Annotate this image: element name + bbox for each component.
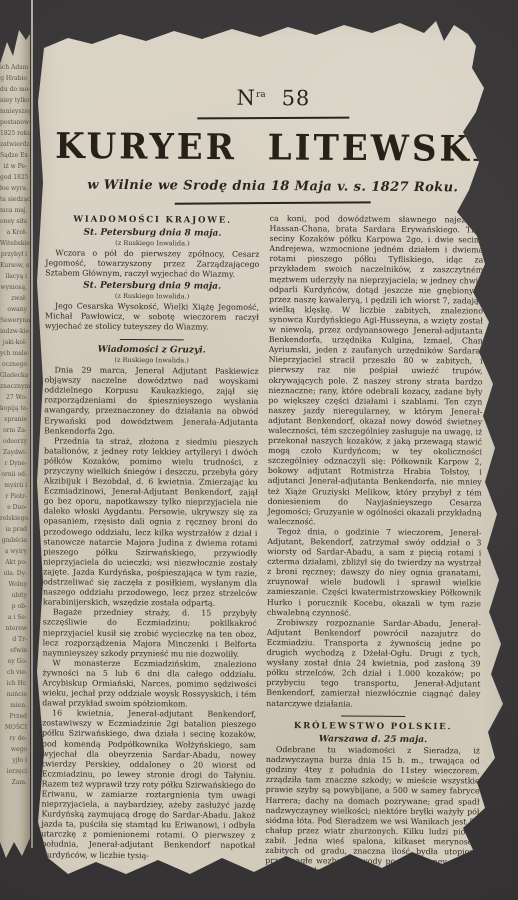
margin-text-fragment: owany xyxy=(0,304,30,315)
margin-text-fragment: zatwierdzo- xyxy=(0,139,30,150)
margin-text-fragment: nterow xyxy=(0,623,30,634)
margin-text-fragment: mnieyszego xyxy=(0,106,30,117)
margin-text-fragment: p ob- xyxy=(0,601,30,612)
article-dateline: St. Petersburg dnia 8 maja. xyxy=(45,227,259,238)
margin-text-fragment: g Hrabio xyxy=(0,73,30,84)
margin-text-fragment: 1825 roku xyxy=(0,128,30,139)
margin-text-fragment: Sądze Ex- xyxy=(0,150,30,161)
article-paragraph: Jego Cesarska Wysokość, Wielki Xiążę Jeg… xyxy=(45,302,259,334)
article-paragraph: Tegoż dnia, o godzinie 7 wieczorem, Jene… xyxy=(267,527,482,619)
article-paragraph: 16 kwietnia, Jenerał-adjutant Benkendorf… xyxy=(41,709,256,862)
margin-text-fragment: wyniosą, xyxy=(0,282,30,293)
masthead-dateline: w Wilnie we Srodę dnia 18 Maja v. s. 182… xyxy=(34,177,512,195)
margin-text-fragment: znacznym xyxy=(0,381,30,392)
article-dateline: St. Petersburg dnia 9 maja. xyxy=(45,281,259,292)
margin-text-fragment: MOŚCI xyxy=(0,722,30,733)
newspaper-page: Nra58 KURYER LITEWSKI w Wilnie we Srodę … xyxy=(32,10,510,892)
margin-text-fragment: ey Go- xyxy=(0,656,30,667)
margin-text-fragment: postanow- xyxy=(0,117,30,128)
photographed-newspaper-scene: ich Adamg Hrabiodu do mo-niey tylkomniey… xyxy=(0,0,518,900)
margin-text-fragment: Przed xyxy=(0,711,30,722)
margin-text-fragment: spranie xyxy=(0,414,30,425)
article-dateline: Warszawa d. 25 maja. xyxy=(266,734,480,745)
page-content: Nra58 KURYER LITEWSKI w Wilnie we Srodę … xyxy=(29,8,513,893)
margin-text-fragment: r Piotr- xyxy=(0,491,30,502)
margin-text-fragment: ich Hr. xyxy=(0,678,30,689)
margin-text-fragment: ula. Dy- xyxy=(0,568,30,579)
margin-text-fragment: jaki-kol- xyxy=(0,337,30,348)
issue-number: Nra58 xyxy=(34,84,512,111)
margin-text-fragment: 27 Wo- xyxy=(0,392,30,403)
margin-text-fragment: Witebskiey xyxy=(0,238,30,249)
page-spine-edge xyxy=(31,0,33,848)
article-paragraph: Bagaże przedniey straży, d. 15 przybyły … xyxy=(43,608,257,660)
section-header-krolewstwo-polskie: Królewstwo Polskie. xyxy=(266,721,480,732)
margin-text-fragment: ia prad xyxy=(0,524,30,535)
article-paragraph-continuation: ca koni, pod dowództwem sławnego najezdz… xyxy=(267,214,483,528)
margin-text-fragment: mińcie xyxy=(0,689,30,700)
margin-text-fragment: ry de- xyxy=(0,733,30,744)
margin-text-fragment: myśrii i xyxy=(0,480,30,491)
article-paragraph: Wczora o pół do pierwszey zpółnocy, Cesa… xyxy=(45,248,259,280)
margin-text-fragment: orm Za- xyxy=(0,425,30,436)
article-paragraph: Przednia ta straż, złożona z siedmiu pie… xyxy=(43,436,258,609)
margin-text-fragment: e Duo- xyxy=(0,502,30,513)
margin-text-fragment: ta siedzący xyxy=(0,194,30,205)
margin-text-fragment: gmbścia xyxy=(0,535,30,546)
margin-text-fragment: Kursow, ey xyxy=(0,260,30,271)
article-columns: Wiadomości Krajowe. St. Petersburg dnia … xyxy=(29,202,512,878)
margin-text-fragment: llacyą i xyxy=(0,271,30,282)
margin-text-fragment: Seweryna xyxy=(0,315,30,326)
margin-text-fragment: god 1825 xyxy=(0,172,30,183)
margin-text-fragment: a Kroł- xyxy=(0,227,30,238)
margin-text-fragment: iż w Pe- xyxy=(0,161,30,172)
margin-text-fragment: łoe wyra. xyxy=(0,183,30,194)
newspaper-title: KURYER LITEWSKI xyxy=(34,126,512,171)
issue-value: 58 xyxy=(282,86,311,110)
margin-text-fragment: ornii od- xyxy=(0,469,30,480)
margin-text-fragment: ocznego xyxy=(0,359,30,370)
margin-text-fragment: a wyiry xyxy=(0,546,30,557)
article-paragraph: Dnia 29 marca, Jenerał Adjutant Paskiewi… xyxy=(44,365,258,437)
margin-text-fragment: odeorzy xyxy=(0,436,30,447)
margin-text-fragment: mca maj. xyxy=(0,205,30,216)
article-paragraph: Odebrane tu wiadomości z Sieradza, iż na… xyxy=(265,745,480,878)
adjacent-page-edge: ich Adamg Hrabiodu do mo-niey tylkomniey… xyxy=(0,0,30,900)
article-source: (z Ruskiego Inwalida.) xyxy=(45,292,259,301)
issue-prefix: N xyxy=(236,86,256,110)
margin-text-fragment: r Dyne- xyxy=(0,458,30,469)
margin-text-fragment: Wolny xyxy=(0,579,30,590)
margin-text-fragment: efwin xyxy=(0,645,30,656)
margin-text-fragment: du do mo- xyxy=(0,84,30,95)
margin-text-fragment: kopiją ta- xyxy=(0,403,30,414)
section-divider xyxy=(341,715,405,717)
section-header-wiadomosci-krajowe: Wiadomości Krajowe. xyxy=(46,214,260,225)
issue-superscript: ra xyxy=(256,90,266,100)
masthead-divider-rule xyxy=(197,117,349,120)
section-divider xyxy=(120,339,184,341)
margin-text-fragment: rolskiego. xyxy=(0,513,30,524)
margin-text-fragment: ich Adam xyxy=(0,62,30,73)
article-paragraph: W monasterze Eczmiadzińskim, znaleziono … xyxy=(42,658,256,710)
margin-text-fragment: yjło i xyxy=(0,755,30,766)
margin-text-fragment: Gladecka xyxy=(0,370,30,381)
margin-text-fragment: Zam. xyxy=(0,777,30,788)
section-header-gruziya: Wiadomości z Gruzyi. xyxy=(45,344,259,355)
margin-text-fragment: ubity xyxy=(0,590,30,601)
left-column: Wiadomości Krajowe. St. Petersburg dnia … xyxy=(41,212,260,876)
article-source: (z Ruskiego Inwalida.) xyxy=(45,238,259,247)
margin-text-fragment: Zaydwi- xyxy=(0,447,30,458)
margin-text-fragment: d Tr- xyxy=(0,634,30,645)
right-column: ca koni, pod dowództwem sławnego najezdz… xyxy=(265,214,484,878)
margin-text-fragment: zwał- xyxy=(0,293,30,304)
margin-text-fragment: oney siłu xyxy=(0,216,30,227)
margin-text-fragment: a i Se- xyxy=(0,612,30,623)
margin-text-fragment: ch vie- xyxy=(0,667,30,678)
margin-text-fragment: Akt po- xyxy=(0,557,30,568)
margin-text-fragment: indzw-kie- xyxy=(0,326,30,337)
margin-text-fragment: wego xyxy=(0,744,30,755)
margin-text-fragment: przybył i xyxy=(0,249,30,260)
margin-text-fragment: ych male- xyxy=(0,348,30,359)
article-paragraph: Zrobiwszy rozpoznanie Sardar-Abadu, Jene… xyxy=(266,618,481,710)
margin-text-fragment: mien. xyxy=(0,700,30,711)
margin-text-fragment: niey tylko xyxy=(0,95,30,106)
article-source: (z Ruskiego Inwalida.) xyxy=(45,355,259,364)
margin-text-fragment: ierzęci xyxy=(0,766,30,777)
